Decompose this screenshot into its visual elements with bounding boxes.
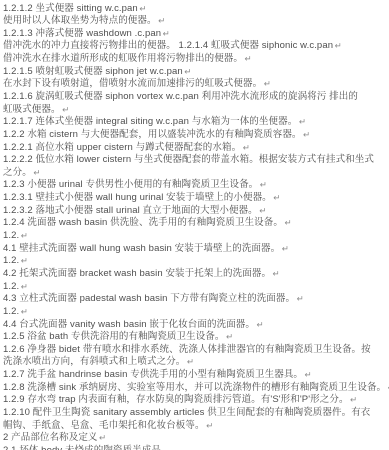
line-text: 4.2 托架式洗面器 bracket wash basin 安装于托架上的洗面器…: [3, 268, 271, 279]
line-text: 1.2.2 水箱 cistern 与大便器配套，用以盛装冲洗水的有釉陶瓷质容器。: [3, 129, 302, 140]
line-text: 1.2.1.2 坐式便器 sitting w.c.pan: [3, 3, 138, 14]
line-text: 1.2.3.2 落地式小便器 stall urinal 直立于地面的大型小便器。: [3, 205, 258, 216]
text-line: 4.1 壁挂式洗面器 wall hung wash basin 安装于墙壁上的洗…: [3, 243, 387, 256]
text-line: 1.2.2.2 低位水箱 lower cistern 与坐式便器配套的带盖水箱。…: [3, 154, 387, 167]
document-text-block: 1.2.1.2 坐式便器 sitting w.c.pan↵使用时以人体取坐势为特…: [3, 3, 387, 450]
paragraph-return-icon: ↵: [184, 65, 191, 78]
paragraph-return-icon: ↵: [33, 166, 40, 179]
line-text: 帽钩、手纸盒、皂盒、毛巾架托和化妆台板等。: [3, 420, 205, 431]
line-text: 1.2.: [3, 255, 19, 266]
line-text: 之分。: [3, 167, 32, 178]
line-text: 1.2.1.3 冲落式便器 washdown .c.pan: [3, 28, 161, 39]
paragraph-return-icon: ↵: [21, 280, 28, 293]
paragraph-return-icon: ↵: [163, 27, 170, 40]
text-line: 4.4 台式洗面器 vanity wash basin 嵌于化妆台面的洗面器。↵: [3, 319, 387, 332]
line-text: 1.2.1.5 喷射虹吸式便器 siphon jet w.c.pan: [3, 66, 183, 77]
document-page: 1.2.1.2 坐式便器 sitting w.c.pan↵使用时以人体取坐势为特…: [0, 0, 389, 450]
line-text: 洗涤水喷出方向，有斜喷式和上喷式之分。: [3, 356, 185, 367]
line-text: 1.2.7 洗手盆 handrinse basin 专供洗手用的小型有釉陶瓷质卫…: [3, 369, 303, 380]
paragraph-return-icon: ↵: [139, 2, 146, 15]
paragraph-return-icon: ↵: [335, 40, 342, 53]
line-text: 1.2.: [3, 281, 19, 292]
paragraph-return-icon: ↵: [187, 356, 194, 369]
text-line: 帽钩、手纸盒、皂盒、毛巾架托和化妆台板等。↵: [3, 420, 387, 433]
text-line: 2 产品部位名称及定义↵: [3, 432, 387, 445]
line-text: 1.2.1.6 旋涡虹吸式便器 siphon vortex w.c.pan 利用…: [3, 91, 358, 102]
paragraph-return-icon: ↵: [158, 15, 165, 28]
line-text: 1.2.9 存水弯 trap 内表面有釉，存水防臭的陶瓷质排污管道。有'S'形和…: [3, 394, 349, 405]
line-text: 1.2.5 浴盆 bath 专供洗浴用的有釉陶瓷质卫生设备。: [3, 331, 225, 342]
text-line: 1.2.3.2 落地式小便器 stall urinal 直立于地面的大型小便器。…: [3, 205, 387, 218]
text-line: 2.1 坯体 body 未烧成的陶瓷质半成品: [3, 445, 387, 450]
text-line: 虹吸式便器。↵: [3, 104, 387, 117]
line-text: 1.2.3.1 壁挂式小便器 wall hung urinal 安装于墙壁上的小…: [3, 192, 272, 203]
paragraph-return-icon: ↵: [206, 419, 213, 432]
paragraph-return-icon: ↵: [260, 179, 267, 192]
text-line: 之分。↵: [3, 167, 387, 180]
paragraph-return-icon: ↵: [259, 204, 266, 217]
line-text: 1.2.3 小便器 urinal 专供男性小便用的有釉陶瓷质卫生设备。: [3, 179, 258, 190]
line-text: 1.2.1.7 连体式坐便器 integral siting w.c.pan 与…: [3, 116, 297, 127]
text-line: 1.2.5 浴盆 bath 专供洗浴用的有釉陶瓷质卫生设备。↵: [3, 331, 387, 344]
text-line: 1.2.1.6 旋涡虹吸式便器 siphon vortex w.c.pan 利用…: [3, 91, 387, 104]
text-line: 1.2.8 洗涤槽 sink 承纳厨房、实验室等用水，并可以洗涤物件的槽形有釉陶…: [3, 382, 387, 395]
paragraph-return-icon: ↵: [303, 128, 310, 141]
text-line: 1.2.1.3 冲落式便器 washdown .c.pan↵: [3, 28, 387, 41]
line-text: 4.3 立柱式洗面器 padestal wash basin 下方带有陶瓷立柱的…: [3, 293, 295, 304]
line-text: 1.2.6 净身器 bidet 带有喷水和排水系统、洗涤人体排泄器官的有釉陶瓷质…: [3, 344, 371, 355]
line-text: 1.2.10 配件卫生陶瓷 sanitary assembly articles…: [3, 407, 370, 418]
text-line: 1.2.9 存水弯 trap 内表面有釉，存水防臭的陶瓷质排污管道。有'S'形和…: [3, 394, 387, 407]
text-line: 1.2.↵: [3, 230, 387, 243]
paragraph-return-icon: ↵: [62, 103, 69, 116]
text-line: 借冲洗水在排水道所形成的虹吸作用将污物排出的便器。↵: [3, 53, 387, 66]
paragraph-return-icon: ↵: [245, 53, 252, 66]
paragraph-return-icon: ↵: [21, 230, 28, 243]
paragraph-return-icon: ↵: [273, 192, 280, 205]
line-text: 使用时以人体取坐势为特点的便器。: [3, 15, 157, 26]
text-line: 1.2.3 小便器 urinal 专供男性小便用的有釉陶瓷质卫生设备。↵: [3, 179, 387, 192]
text-line: 1.2.2.1 高位水箱 upper cistern 与蹲式便器配套的水箱。↵: [3, 142, 387, 155]
paragraph-return-icon: ↵: [299, 116, 306, 129]
paragraph-return-icon: ↵: [284, 217, 291, 230]
text-line: 1.2.↵: [3, 255, 387, 268]
text-line: 1.2.1.7 连体式坐便器 integral siting w.c.pan 与…: [3, 116, 387, 129]
text-line: 1.2.↵: [3, 306, 387, 319]
text-line: 1.2.10 配件卫生陶瓷 sanitary assembly articles…: [3, 407, 387, 420]
text-line: 1.2.2 水箱 cistern 与大便器配套，用以盛装冲洗水的有釉陶瓷质容器。…: [3, 129, 387, 142]
text-line: 1.2.3.1 壁挂式小便器 wall hung urinal 安装于墙壁上的小…: [3, 192, 387, 205]
paragraph-return-icon: ↵: [350, 394, 357, 407]
line-text: 1.2.2.2 低位水箱 lower cistern 与坐式便器配套的带盖水箱。…: [3, 154, 374, 165]
text-line: 1.2.7 洗手盆 handrinse basin 专供洗手用的小型有釉陶瓷质卫…: [3, 369, 387, 382]
text-line: 1.2.↵: [3, 281, 387, 294]
paragraph-return-icon: ↵: [21, 305, 28, 318]
line-text: 借冲洗水的冲力直接将污物排出的便器。 1.2.1.4 虹吸式便器 siphoni…: [3, 40, 333, 51]
line-text: 1.2.8 洗涤槽 sink 承纳厨房、实验室等用水，并可以洗涤物件的槽形有釉陶…: [3, 382, 386, 393]
text-line: 4.3 立柱式洗面器 padestal wash basin 下方带有陶瓷立柱的…: [3, 293, 387, 306]
text-line: 在水封下设有喷射道，借喷射水流而加速排污的虹吸式便器。↵: [3, 78, 387, 91]
line-text: 1.2.4 洗面器 wash basin 供洗脸、洗手用的有釉陶瓷质卫生设备。: [3, 217, 283, 228]
paragraph-return-icon: ↵: [282, 242, 289, 255]
paragraph-return-icon: ↵: [21, 255, 28, 268]
text-line: 洗涤水喷出方向，有斜喷式和上喷式之分。↵: [3, 356, 387, 369]
line-text: 1.2.2.1 高位水箱 upper cistern 与蹲式便器配套的水箱。: [3, 142, 241, 153]
paragraph-return-icon: ↵: [305, 369, 312, 382]
paragraph-return-icon: ↵: [99, 432, 106, 445]
paragraph-return-icon: ↵: [297, 293, 304, 306]
paragraph-return-icon: ↵: [264, 78, 271, 91]
paragraph-return-icon: ↵: [257, 318, 264, 331]
line-text: 1.2.: [3, 306, 19, 317]
line-text: 4.4 台式洗面器 vanity wash basin 嵌于化妆台面的洗面器。: [3, 319, 255, 330]
text-line: 1.2.6 净身器 bidet 带有喷水和排水系统、洗涤人体排泄器官的有釉陶瓷质…: [3, 344, 387, 357]
text-line: 1.2.4 洗面器 wash basin 供洗脸、洗手用的有釉陶瓷质卫生设备。↵: [3, 217, 387, 230]
text-line: 使用时以人体取坐势为特点的便器。↵: [3, 15, 387, 28]
paragraph-return-icon: ↵: [226, 331, 233, 344]
line-text: 在水封下设有喷射道，借喷射水流而加速排污的虹吸式便器。: [3, 78, 262, 89]
line-text: 2.1 坯体 body 未烧成的陶瓷质半成品: [3, 445, 161, 450]
line-text: 借冲洗水在排水道所形成的虹吸作用将污物排出的便器。: [3, 53, 243, 64]
paragraph-return-icon: ↵: [243, 141, 250, 154]
line-text: 1.2.: [3, 230, 19, 241]
line-text: 4.1 壁挂式洗面器 wall hung wash basin 安装于墙壁上的洗…: [3, 243, 280, 254]
paragraph-return-icon: ↵: [273, 267, 280, 280]
text-line: 借冲洗水的冲力直接将污物排出的便器。 1.2.1.4 虹吸式便器 siphoni…: [3, 40, 387, 53]
line-text: 虹吸式便器。: [3, 104, 61, 115]
text-line: 1.2.1.2 坐式便器 sitting w.c.pan↵: [3, 3, 387, 16]
line-text: 2 产品部位名称及定义: [3, 432, 98, 443]
text-line: 1.2.1.5 喷射虹吸式便器 siphon jet w.c.pan↵: [3, 66, 387, 79]
text-line: 4.2 托架式洗面器 bracket wash basin 安装于托架上的洗面器…: [3, 268, 387, 281]
